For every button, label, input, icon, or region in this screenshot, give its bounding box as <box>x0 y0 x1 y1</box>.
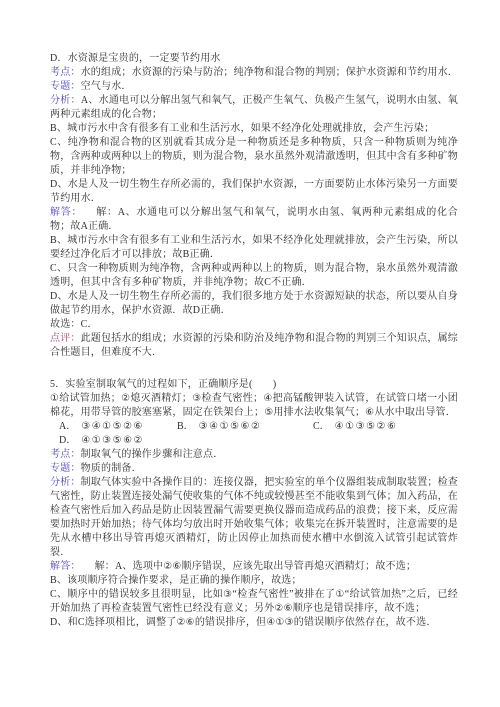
q5-option-a-key: A． <box>59 421 76 432</box>
q5-option-d-key: D． <box>59 435 76 446</box>
q4-kaodian-row: 考点：水的组成；水资源的污染与防治；纯净物和混合物的判别；保护水资源和节约用水． <box>50 66 458 80</box>
q4-zhuanti-row: 专题：空气与水． <box>50 80 458 94</box>
jieda-part-a: 解：A、选项中②⑥顺序错误，应该先取出导管再熄灭酒精灯；故不选； <box>95 561 417 572</box>
q4-option-d-line: D．水资源是宝贵的，一定要节约用水 <box>50 52 458 66</box>
q5-options-row-1: A．③④①⑤②⑥ B．③④①⑤⑥② C．④①③⑤②⑥ <box>50 420 458 434</box>
q5-option-d: D．④①③⑤⑥② <box>59 434 144 448</box>
fenxi-part-a: A、水通电可以分解出氢气和氧气，正极产生氧气、负极产生氢气，说明水由氢、氧两种元… <box>50 95 458 120</box>
jieda-part-a: 解：A、水通电可以分解出氢气和氧气，说明水由氢、氧两种元素组成的化合物；故A正确… <box>50 207 458 232</box>
zhuanti-label: 专题： <box>50 463 81 474</box>
q5-option-c-key: C． <box>313 421 330 432</box>
jieda-label: 解答： <box>50 207 82 218</box>
jieda-part-b: B、城市污水中含有很多有工业和生活污水，如果不经净化处理就排放，会产生污染，所以… <box>50 234 458 262</box>
fenxi-label: 分析： <box>50 95 81 106</box>
kaodian-label: 考点： <box>50 67 81 78</box>
q5-steps: ①给试管加热；②熄灭酒精灯；③检查气密性；④把高锰酸钾装入试管，在试管口堵一小团… <box>50 392 458 420</box>
jieda-label: 解答： <box>50 561 81 572</box>
kaodian-text: 水的组成；水资源的污染与防治；纯净物和混合物的判别；保护水资源和节约用水． <box>81 67 458 78</box>
jieda-part-c: C、只含一种物质则为纯净物，含两种或两种以上的物质，则为混合物，泉水虽然外观清澈… <box>50 262 458 290</box>
q5-option-b: B．③④①⑤⑥② <box>177 420 295 434</box>
q5-option-c-value: ④①③⑤②⑥ <box>335 421 398 432</box>
q5-kaodian-row: 考点：制取氧气的操作步骤和注意点． <box>50 448 458 462</box>
dianping-label: 点评： <box>50 333 81 344</box>
q5-zhuanti-row: 专题：物质的制备． <box>50 462 458 476</box>
question-4-answer-block: 考点：水的组成；水资源的污染与防治；纯净物和混合物的判别；保护水资源和节约用水．… <box>50 66 458 360</box>
q5-fenxi-row: 分析：制取气体实验中各操作目的：连接仪器，把实验室的单个仪器组装成制取装置；检查… <box>50 476 458 560</box>
q5-stem: 5．实验室制取氧气的过程如下，正确顺序是( ) <box>50 378 458 392</box>
q5-options-row-2: D．④①③⑤⑥② <box>50 434 458 448</box>
jieda-part-b: B、该项顺序符合操作要求，是正确的操作顺序，故选； <box>50 574 458 588</box>
q5-option-b-key: B． <box>177 421 194 432</box>
answer-sheet-page: D．水资源是宝贵的，一定要节约用水 考点：水的组成；水资源的污染与防治；纯净物和… <box>0 0 500 707</box>
kaodian-text: 制取氧气的操作步骤和注意点． <box>81 449 224 460</box>
q5-jieda-row: 解答：解：A、选项中②⑥顺序错误，应该先取出导管再熄灭酒精灯；故不选；B、该项顺… <box>50 560 458 630</box>
fenxi-label: 分析： <box>50 477 81 488</box>
question-5-block: 5．实验室制取氧气的过程如下，正确顺序是( ) ①给试管加热；②熄灭酒精灯；③检… <box>50 378 458 630</box>
q5-option-a: A．③④①⑤②⑥ <box>59 420 177 434</box>
fenxi-part-d: D、水是人及一切生物生存所必需的，我们保护水资源，一方面要防止水体污染另一方面要… <box>50 178 458 206</box>
dianping-text: 此题包括水的组成；水资源的污染和防治及纯净物和混合物的判别三个知识点，属综合性题… <box>50 333 458 358</box>
zhuanti-text: 物质的制备． <box>81 463 142 474</box>
q5-option-d-value: ④①③⑤⑥② <box>81 435 144 446</box>
fenxi-text: 制取气体实验中各操作目的：连接仪器，把实验室的单个仪器组装成制取装置；检查气密性… <box>50 477 458 558</box>
q4-dianping-row: 点评：此题包括水的组成；水资源的污染和防治及纯净物和混合物的判别三个知识点，属综… <box>50 332 458 360</box>
q5-option-c: C．④①③⑤②⑥ <box>313 420 397 434</box>
jieda-part-d: D、和C选择项相比，调整了②⑥的错误排序，但④①③的错误顺序依然存在，故不选． <box>50 616 458 630</box>
q5-option-a-value: ③④①⑤②⑥ <box>81 421 144 432</box>
q4-fenxi-row: 分析：A、水通电可以分解出氢气和氧气，正极产生氧气、负极产生氢气，说明水由氢、氧… <box>50 94 458 206</box>
fenxi-part-b: B、城市污水中含有很多有工业和生活污水，如果不经净化处理就排放，会产生污染； <box>50 122 458 136</box>
zhuanti-text: 空气与水． <box>81 81 132 92</box>
zhuanti-label: 专题： <box>50 81 81 92</box>
jieda-part-d: D、水是人及一切生物生存所必需的，我们很多地方处于水资源短缺的状态，所以要从自身… <box>50 290 458 318</box>
q5-option-b-value: ③④①⑤⑥② <box>199 421 262 432</box>
jieda-part-c: C、顺序中的错误较多且很明显，比如③“检查气密性”被排在了①“给试管加热”之后，… <box>50 588 458 616</box>
kaodian-label: 考点： <box>50 449 81 460</box>
fenxi-part-c: C、纯净物和混合物的区别就看其成分是一种物质还是多种物质，只含一种物质则为纯净物… <box>50 136 458 178</box>
q4-jieda-row: 解答：解：A、水通电可以分解出氢气和氧气，说明水由氢、氧两种元素组成的化合物；故… <box>50 206 458 332</box>
jieda-conclusion: 故选：C． <box>50 318 458 332</box>
